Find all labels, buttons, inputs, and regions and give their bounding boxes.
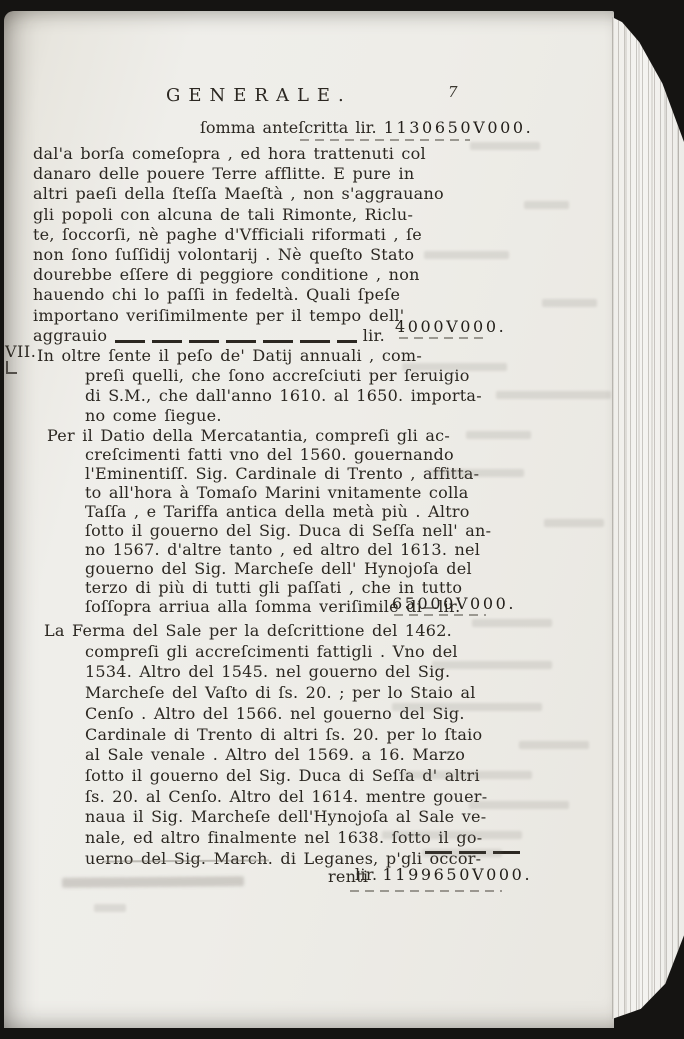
- page-number: 7: [448, 83, 458, 101]
- text-line: naua il Sig. Marcheſe dell'Hynojoſa al S…: [33, 807, 485, 828]
- scan-viewport: { "header": { "title": "GENERALE.", "pag…: [0, 0, 684, 1039]
- text-line: ſs. 20. al Cenſo. Altro del 1614. mentre…: [33, 787, 485, 808]
- paragraph-ferma-sale: La Ferma del Sale per la deſcrittione de…: [33, 621, 485, 888]
- text-line: no 1567. d'altre tanto , ed altro del 16…: [33, 540, 485, 559]
- text-line: to all'hora à Tomaſo Marini vnitamente c…: [33, 483, 485, 502]
- text-line: no come ſiegue.: [33, 406, 485, 426]
- amount-underline: [399, 337, 483, 339]
- text-line: dourebbe eſſere di peggiore conditione ,…: [33, 265, 485, 285]
- text-line: te, ſoccorſi, nè paghe d'Vfficiali rifor…: [33, 225, 485, 245]
- carryover-text: ſomma anteſcritta lir.: [200, 118, 377, 137]
- text-line: Taſſa , e Tariffa antica della metà più …: [33, 502, 485, 521]
- ghost-bleedthrough-number: [62, 876, 244, 888]
- text-line: In oltre ſente il peſo de' Datij annuali…: [33, 346, 485, 366]
- amount-underline: [394, 614, 486, 616]
- total-amount: 1199650V000.: [383, 865, 533, 884]
- text-line: al Sale venale . Altro del 1569. a 16. M…: [33, 745, 485, 766]
- section-bracket: [6, 361, 17, 374]
- running-title: GENERALE.: [166, 85, 352, 106]
- renti-rule: [425, 851, 523, 854]
- book-page: GENERALE. 7 ſomma anteſcritta lir. 11306…: [4, 11, 614, 1028]
- lir-label: lir.: [363, 326, 385, 346]
- carryover-line: ſomma anteſcritta lir. 1130650V000.: [200, 118, 533, 137]
- text-line: non ſono ſuſſidij volontarij . Nè queſto…: [33, 245, 485, 265]
- total-label: lir.: [355, 865, 377, 884]
- paragraph-mercatantia: Per il Datio della Mercatantia, compreſi…: [33, 426, 485, 616]
- text-line: Marcheſe del Vaſto di ſs. 20. ; per lo S…: [33, 683, 485, 704]
- text-line: danaro delle pouere Terre afflitte. E pu…: [33, 164, 485, 184]
- text-line: nale, ed altro finalmente nel 1638. ſott…: [33, 828, 485, 849]
- text-line: l'Eminentiſſ. Sig. Cardinale di Trento ,…: [33, 464, 485, 483]
- text-line: 1534. Altro del 1545. nel gouerno del Si…: [33, 662, 485, 683]
- text-line: preſi quelli, che ſono accreſciuti per ſ…: [33, 366, 485, 386]
- text-line: di S.M., che dall'anno 1610. al 1650. im…: [33, 386, 485, 406]
- text-line: hauendo chi lo paſſi in fedeltà. Quali ſ…: [33, 285, 485, 305]
- text-line: gouerno del Sig. Marcheſe dell' Hynojoſa…: [33, 559, 485, 578]
- text-line: compreſi gli accreſcimenti fattigli . Vn…: [33, 642, 485, 663]
- tally-line: aggrauio lir.: [33, 326, 385, 346]
- text-line: Per il Datio della Mercatantia, compreſi…: [33, 426, 485, 445]
- text-line: altri paeſi della ſteſſa Maeſtà , non s'…: [33, 184, 485, 204]
- fore-edge-page-stack: [612, 13, 684, 1021]
- marginal-section-number: VII.: [5, 342, 36, 361]
- text-line: Cenſo . Altro del 1566. nel gouerno del …: [33, 704, 485, 725]
- text-line: creſcimenti fatti vno del 1560. gouernan…: [33, 445, 485, 464]
- amount-aggrauio: 4000V000.: [395, 317, 506, 336]
- tally-rule: [115, 340, 357, 343]
- text-line: ſotto il gouerno del Sig. Duca di Seſſa …: [33, 521, 485, 540]
- text-line: dal'a borſa comeſopra , ed hora trattenu…: [33, 144, 485, 164]
- aggrauio-word: aggrauio: [33, 326, 107, 346]
- paragraph-spese: dal'a borſa comeſopra , ed hora trattenu…: [33, 144, 485, 346]
- text-block: dal'a borſa comeſopra , ed hora trattenu…: [33, 144, 485, 888]
- carryover-amount: 1130650V000.: [384, 118, 534, 137]
- paragraph-datij: In oltre ſente il peſo de' Datij annuali…: [33, 346, 485, 426]
- text-line: Cardinale di Trento di altri ſs. 20. per…: [33, 725, 485, 746]
- text-line: gli popoli con alcuna de tali Rimonte, R…: [33, 205, 485, 225]
- amount-underline: [350, 890, 502, 892]
- total-line: lir. 1199650V000.: [355, 865, 532, 884]
- text-line: La Ferma del Sale per la deſcrittione de…: [33, 621, 485, 642]
- amount-underline: [300, 139, 470, 141]
- amount-mercatantia: 65000V000.: [392, 594, 516, 613]
- text-line: ſotto il gouerno del Sig. Duca di Seſſa …: [33, 766, 485, 787]
